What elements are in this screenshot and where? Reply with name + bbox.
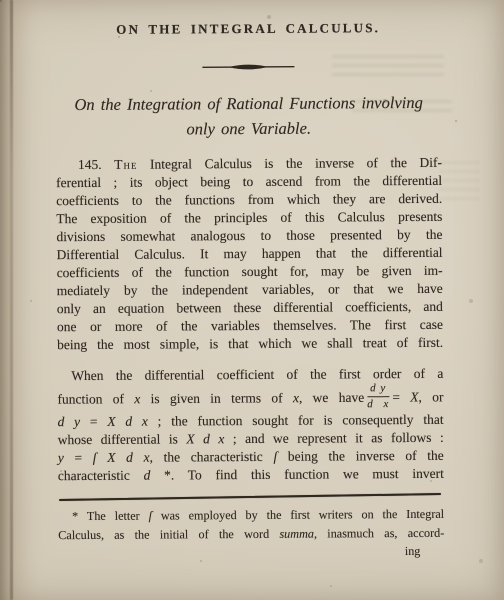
book-gutter-shadow — [0, 0, 30, 600]
text-line: The exposition of the principles of this… — [56, 208, 442, 228]
text-line: one or more of the variables themselves.… — [57, 316, 443, 336]
text-segment: one or more of the variables themselves.… — [57, 317, 443, 334]
swelled-rule-icon — [198, 60, 298, 75]
text-line: y = ſ X d x, the characteristic ſ being … — [58, 446, 444, 466]
text-segment: only an equation between these different… — [57, 299, 443, 316]
text-segment: = — [392, 390, 410, 405]
show-through-mark — [440, 160, 480, 200]
text-line: d y = X d x ; the function sought for is… — [58, 410, 444, 430]
text-segment: d y — [58, 414, 81, 429]
text-line: only an equation between these different… — [57, 298, 443, 318]
footnote-line: Calculus, as the initial of the word sum… — [58, 523, 444, 544]
text-line: coefficients of the function sought for,… — [57, 262, 443, 282]
book-page-scan: ON THE INTEGRAL CALCULUS. On the Integra… — [0, 0, 504, 600]
footnote-line: * The letter ſ was employed by the first… — [58, 505, 444, 526]
text-segment: being the most simple, is that which we … — [57, 335, 443, 352]
text-segment: X d x — [186, 431, 224, 446]
text-segment: ferential ; its object being to ascend f… — [56, 173, 442, 190]
footnote: * The letter ſ was employed by the first… — [58, 505, 444, 563]
text-segment: = — [80, 413, 107, 428]
text-segment: ; the function sought for is consequentl… — [148, 411, 444, 428]
section-title: On the Integration of Rational Functions… — [48, 90, 450, 142]
text-segment: function of — [57, 391, 134, 406]
paragraph-differential-coefficient: When the differential coefficient of the… — [57, 365, 444, 485]
text-segment: Differential Calculus. It may happen tha… — [57, 245, 443, 262]
text-line: divisions somewhat analogous to those pr… — [56, 226, 442, 246]
divider-ornament — [55, 59, 441, 80]
text-segment: The — [114, 157, 137, 172]
text-line-with-fraction: function of x is given in terms of x, we… — [57, 383, 443, 413]
paper-speckles — [0, 0, 2, 2]
footnote-rule — [59, 493, 441, 501]
text-line: mediately by the independent variables, … — [57, 280, 443, 300]
text-segment: *. To find this function we must invert — [150, 465, 444, 482]
text-segment: X — [410, 389, 418, 404]
text-segment: * The letter — [72, 509, 149, 523]
text-segment: is given in terms of — [140, 390, 293, 406]
running-header: ON THE INTEGRAL CALCULUS. — [55, 20, 441, 38]
text-segment: Integral Calculus is the inverse of the … — [137, 155, 442, 172]
text-segment: whose differential is — [58, 431, 187, 447]
text-segment: ſ X d x — [93, 449, 150, 464]
text-line: Differential Calculus. It may happen tha… — [57, 244, 443, 264]
text-line: characteristic d *. To find this functio… — [58, 464, 444, 484]
catchword: ing — [58, 542, 444, 563]
text-segment: mediately by the independent variables, … — [57, 281, 443, 298]
math-fraction: d yd x — [367, 383, 389, 410]
text-segment: coefficients to the functions from which… — [56, 191, 442, 208]
text-segment: , inasmuch as, accord- — [314, 525, 444, 540]
text-segment: coefficients of the function sought for,… — [57, 263, 443, 280]
text-line: whose differential is X d x ; and we rep… — [58, 428, 444, 448]
text-segment: = — [64, 449, 93, 464]
text-segment: was employed by the first writers on the… — [152, 507, 444, 523]
paragraph-145: 145. The Integral Calculus is the invers… — [56, 154, 443, 354]
section-title-line: On the Integration of Rational Functions… — [48, 90, 450, 117]
text-segment: , we have — [299, 390, 364, 405]
text-line: 145. The Integral Calculus is the invers… — [56, 154, 442, 174]
page-content: ON THE INTEGRAL CALCULUS. On the Integra… — [55, 0, 441, 1]
text-segment: divisions somewhat analogous to those pr… — [56, 227, 442, 244]
text-segment: Calculus, as the initial of the word — [58, 526, 279, 541]
text-line: being the most simple, is that which we … — [57, 334, 443, 354]
gutter-crease-line — [10, 0, 13, 600]
text-segment: ; and we represent it as follows : — [224, 429, 443, 445]
text-segment: being the inverse of the — [277, 447, 444, 463]
text-segment: X d x — [107, 413, 148, 428]
text-segment: When the differential coefficient of the… — [71, 366, 443, 383]
text-segment: characteristic — [58, 467, 144, 483]
text-segment: The exposition of the principles of this… — [56, 209, 442, 226]
text-segment: , or — [418, 389, 443, 404]
text-segment: summa — [279, 526, 314, 540]
text-segment: 145. — [78, 157, 114, 172]
section-title-line: only one Variable. — [48, 115, 450, 142]
text-line: coefficients to the functions from which… — [56, 190, 442, 210]
text-line: ferential ; its object being to ascend f… — [56, 172, 442, 192]
text-segment: , the characteristic — [150, 448, 274, 464]
